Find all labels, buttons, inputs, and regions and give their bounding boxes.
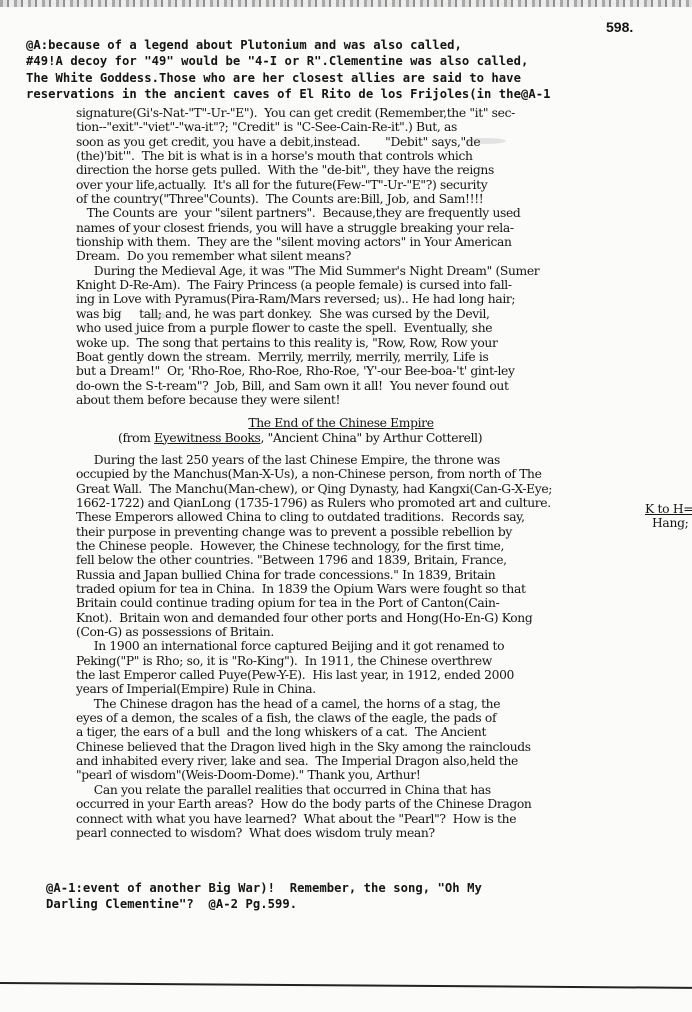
text-line: Russia and Japan bullied China for trade…: [76, 568, 666, 582]
text-line: the Chinese people. However, the Chinese…: [76, 539, 666, 553]
body-text: signature(Gi's-Nat-"T"-Ur-"E"). You can …: [76, 106, 666, 840]
text-line: years of Imperial(Empire) Rule in China.: [76, 682, 666, 696]
scan-smudge: [466, 138, 506, 144]
text-line: Britain could continue trading opium for…: [76, 596, 666, 610]
text-line: but a Dream!" Or, 'Rho-Roe, Rho-Roe, Rho…: [76, 364, 666, 378]
text-line: (Con-G) as possessions of Britain.: [76, 625, 666, 639]
text-line: The Counts are your "silent partners". B…: [76, 206, 666, 220]
bottom-footnote: @A-1:event of another Big War)! Remember…: [46, 880, 482, 913]
text-line: woke up. The song that pertains to this …: [76, 336, 666, 350]
text-line: a tiger, the ears of a bull and the long…: [76, 725, 666, 739]
text-line: who used juice from a purple flower to c…: [76, 321, 666, 335]
margin-note-1: K to H=: [645, 502, 692, 516]
text-line: During the Medieval Age, it was "The Mid…: [76, 264, 666, 278]
text-line: Can you relate the parallel realities th…: [76, 783, 666, 797]
spacer: [76, 407, 666, 416]
text-line: their purpose in preventing change was t…: [76, 525, 666, 539]
text-line: tionship with them. They are the "silent…: [76, 235, 666, 249]
section-title: The End of the Chinese Empire: [76, 416, 666, 430]
text-line: The Chinese dragon has the head of a cam…: [76, 697, 666, 711]
text-line: Knot). Britain won and demanded four oth…: [76, 611, 666, 625]
text-line: traded opium for tea in China. In 1839 t…: [76, 582, 666, 596]
section-source: (from Eyewitness Books, "Ancient China" …: [76, 431, 666, 445]
text-line: names of your closest friends, you will …: [76, 221, 666, 235]
margin-note-2: Hang;: [652, 516, 689, 530]
text-line: eyes of a demon, the scales of a fish, t…: [76, 711, 666, 725]
text-line: over your life,actually. It's all for th…: [76, 178, 666, 192]
text-line: of the country("Three"Counts). The Count…: [76, 192, 666, 206]
text-line: These Emperors allowed China to cling to…: [76, 510, 666, 524]
text-line: During the last 250 years of the last Ch…: [76, 453, 666, 467]
text-line: direction the horse gets pulled. With th…: [76, 163, 666, 177]
text-line: do-own the S-t-ream"? Job, Bill, and Sam…: [76, 379, 666, 393]
text-line: Peking("P" is Rho; so, it is "Ro-King").…: [76, 654, 666, 668]
text-line: the last Emperor called Puye(Pew-Y-E). H…: [76, 668, 666, 682]
text-line: Great Wall. The Manchu(Man-chew), or Qin…: [76, 482, 666, 496]
scan-edge-top: [0, 0, 692, 7]
page-number: 598.: [606, 19, 633, 35]
text-line: signature(Gi's-Nat-"T"-Ur-"E"). You can …: [76, 106, 666, 120]
text-line: about them before because they were sile…: [76, 393, 666, 407]
text-line: Knight D-Re-Am). The Fairy Princess (a p…: [76, 278, 666, 292]
top-footnote: @A:because of a legend about Plutonium a…: [26, 37, 551, 103]
text-line: "pearl of wisdom"(Weis-Doom-Dome)." Than…: [76, 768, 666, 782]
text-line: 1662-1722) and QianLong (1735-1796) as R…: [76, 496, 666, 510]
text-line: Chinese believed that the Dragon lived h…: [76, 740, 666, 754]
text-line: fell below the other countries. "Between…: [76, 553, 666, 567]
text-line: connect with what you have learned? What…: [76, 812, 666, 826]
scan-edge-bottom: [0, 982, 692, 989]
spacer: [76, 445, 666, 453]
scan-smudge: [148, 312, 166, 320]
text-line: and inhabited every river, lake and sea.…: [76, 754, 666, 768]
text-line: soon as you get credit, you have a debit…: [76, 135, 666, 149]
text-line: ing in Love with Pyramus(Pira-Ram/Mars r…: [76, 292, 666, 306]
text-line: tion--"exit"-"viet"-"wa-it"?; "Credit" i…: [76, 120, 666, 134]
text-line: In 1900 an international force captured …: [76, 639, 666, 653]
text-line: (the)'bit'". The bit is what is in a hor…: [76, 149, 666, 163]
text-line: Dream. Do you remember what silent means…: [76, 249, 666, 263]
text-line: occupied by the Manchus(Man-X-Us), a non…: [76, 467, 666, 481]
text-line: pearl connected to wisdom? What does wis…: [76, 826, 666, 840]
text-line: occurred in your Earth areas? How do the…: [76, 797, 666, 811]
text-line: Boat gently down the stream. Merrily, me…: [76, 350, 666, 364]
